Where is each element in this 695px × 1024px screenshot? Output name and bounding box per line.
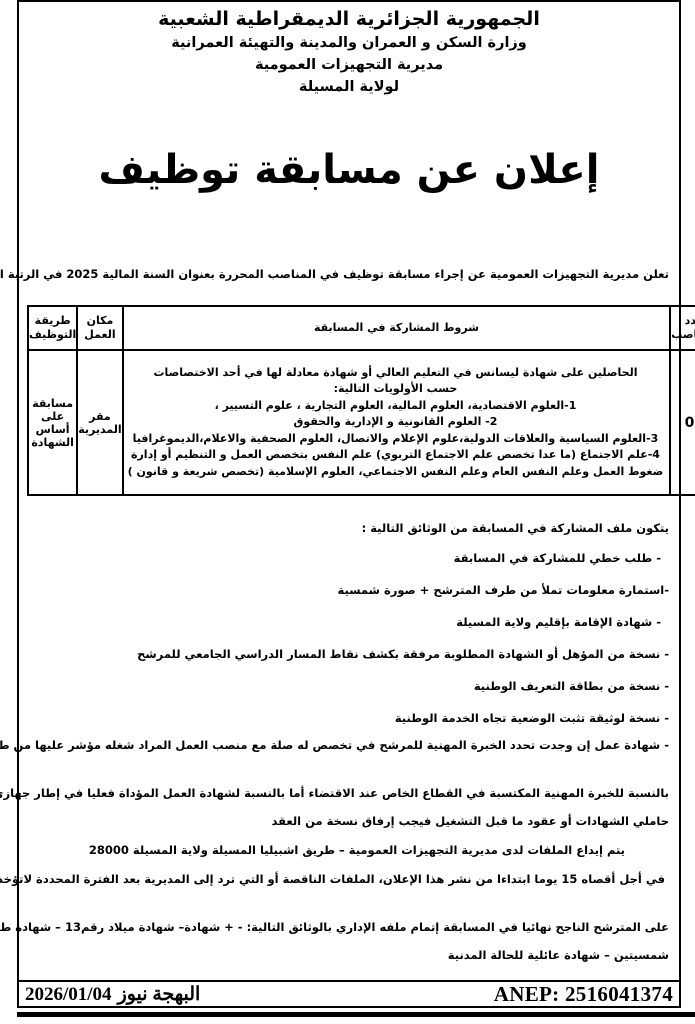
directorate-name: مديرية التجهيزات العمومية (17, 54, 681, 76)
cell-count: 02 (670, 350, 695, 495)
bottom-rule (17, 1012, 695, 1017)
positions-table: السلك أو الرتبة عدد المناصب شروط المشارك… (27, 305, 695, 496)
header-place: مكان العمل (77, 306, 122, 350)
document-item: - نسخة من المؤهل أو الشهادة المطلوبة مرف… (29, 644, 669, 664)
header-count: عدد المناصب (670, 306, 695, 350)
documents-lead: يتكون ملف المشاركة في المسابقة من الوثائ… (29, 518, 669, 538)
country-name: الجمهورية الجزائرية الديمقراطية الشعبية (17, 6, 681, 32)
documents-list: يتكون ملف المشاركة في المسابقة من الوثائ… (29, 518, 669, 740)
experience-note-line1: بالنسبة للخبرة المهنية المكتسبة في القطا… (0, 786, 669, 800)
header-method: طريقة التوظيف (28, 306, 77, 350)
document-item: - نسخة من بطاقة التعريف الوطنية (29, 676, 669, 696)
header-conditions: شروط المشاركة في المسابقة (123, 306, 671, 350)
document-header: الجمهورية الجزائرية الديمقراطية الشعبية … (17, 6, 681, 98)
cell-place: مقر المديرية (77, 350, 122, 495)
ministry-name: وزارة السكن و العمران والمدينة والتهيئة … (17, 32, 681, 54)
announcement-title: إعلان عن مسابقة توظيف (17, 140, 681, 200)
table-header-row: السلك أو الرتبة عدد المناصب شروط المشارك… (28, 306, 695, 350)
cell-method: مسابقة على أساس الشهادة (28, 350, 77, 495)
deposit-line2: في أجل أقصاه 15 يوما ابتداءا من نشر هذا … (0, 872, 665, 886)
intro-text: تعلن مديرية التجهيزات العمومية عن إجراء … (49, 265, 669, 283)
document-item: - طلب خطي للمشاركة في المسابقة (29, 548, 669, 568)
work-certificate-item: - شهادة عمل إن وجدت تحدد الخبرة المهنية … (0, 738, 669, 752)
newspaper-name: البهجة نيوز (118, 983, 201, 1006)
document-item: -استمارة معلومات تملأ من طرف المترشح + ص… (29, 580, 669, 600)
successful-candidate-line1: على المترشح الناجح نهائيا في المسابقة إت… (0, 920, 669, 934)
experience-note-line2: حاملي الشهادات أو عقود ما قبل التشغيل في… (271, 814, 669, 828)
table-row: متصرف 02 الحاصلين على شهادة ليسانس في ال… (28, 350, 695, 495)
successful-candidate-line2: شمسيتين – شهادة عائلية للحالة المدنية (448, 948, 669, 962)
footer: البهجة نيوز 2026/01/04 ANEP: 2516041374 (17, 980, 681, 1008)
wilaya-name: لولاية المسيلة (17, 76, 681, 98)
anep-reference: ANEP: 2516041374 (494, 982, 673, 1007)
publication-date: 2026/01/04 (25, 984, 112, 1006)
newspaper-credit: البهجة نيوز 2026/01/04 (25, 983, 200, 1006)
document-item: - نسخة لوثيقة تثبت الوضعية تجاه الخدمة ا… (29, 708, 669, 728)
deposit-line1: يتم إيداع الملفات لدى مديرية التجهيزات ا… (89, 843, 625, 857)
document-item: - شهادة الإقامة بإقليم ولاية المسيلة (29, 612, 669, 632)
cell-conditions: الحاصلين على شهادة ليسانس في التعليم الع… (123, 350, 671, 495)
